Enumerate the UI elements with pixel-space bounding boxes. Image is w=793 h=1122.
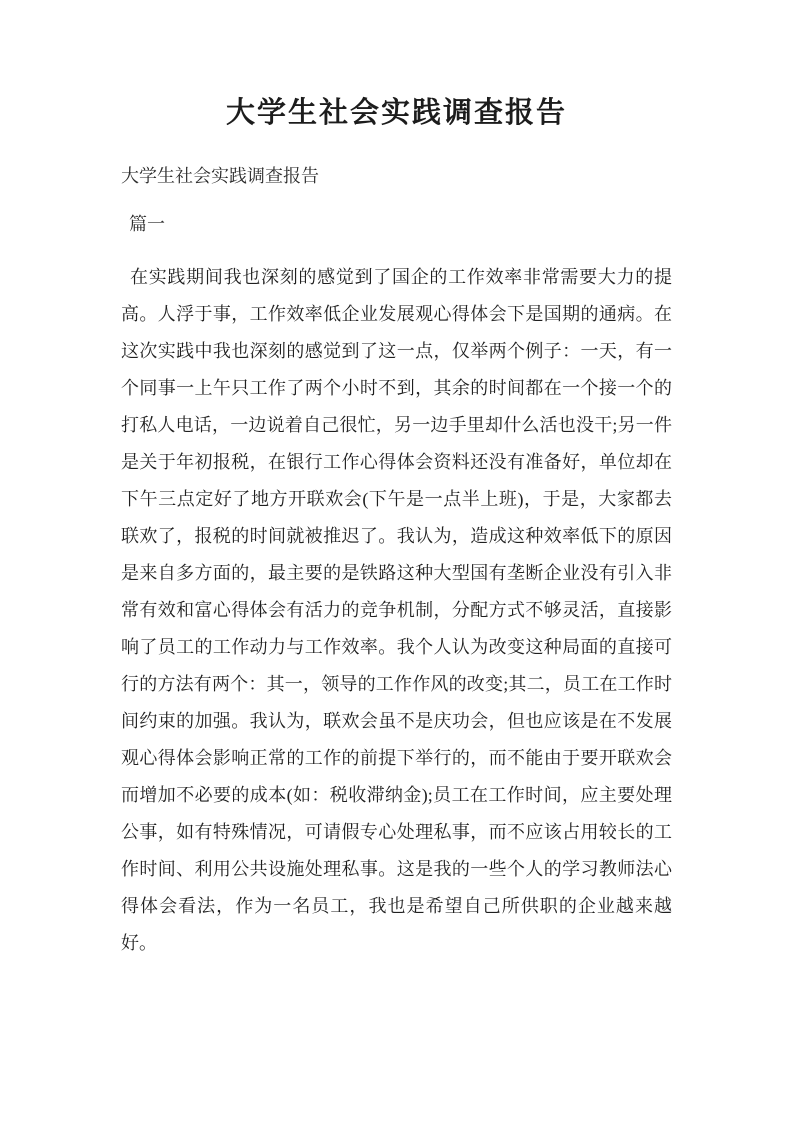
document-subtitle: 大学生社会实践调查报告 bbox=[121, 163, 672, 190]
document-title: 大学生社会实践调查报告 bbox=[121, 93, 672, 133]
section-label: 篇一 bbox=[121, 211, 672, 238]
document-page: 大学生社会实践调查报告 大学生社会实践调查报告 篇一 在实践期间我也深刻的感觉到… bbox=[0, 0, 793, 1122]
body-paragraph: 在实践期间我也深刻的感觉到了国企的工作效率非常需要大力的提高。人浮于事，工作效率… bbox=[121, 259, 672, 962]
